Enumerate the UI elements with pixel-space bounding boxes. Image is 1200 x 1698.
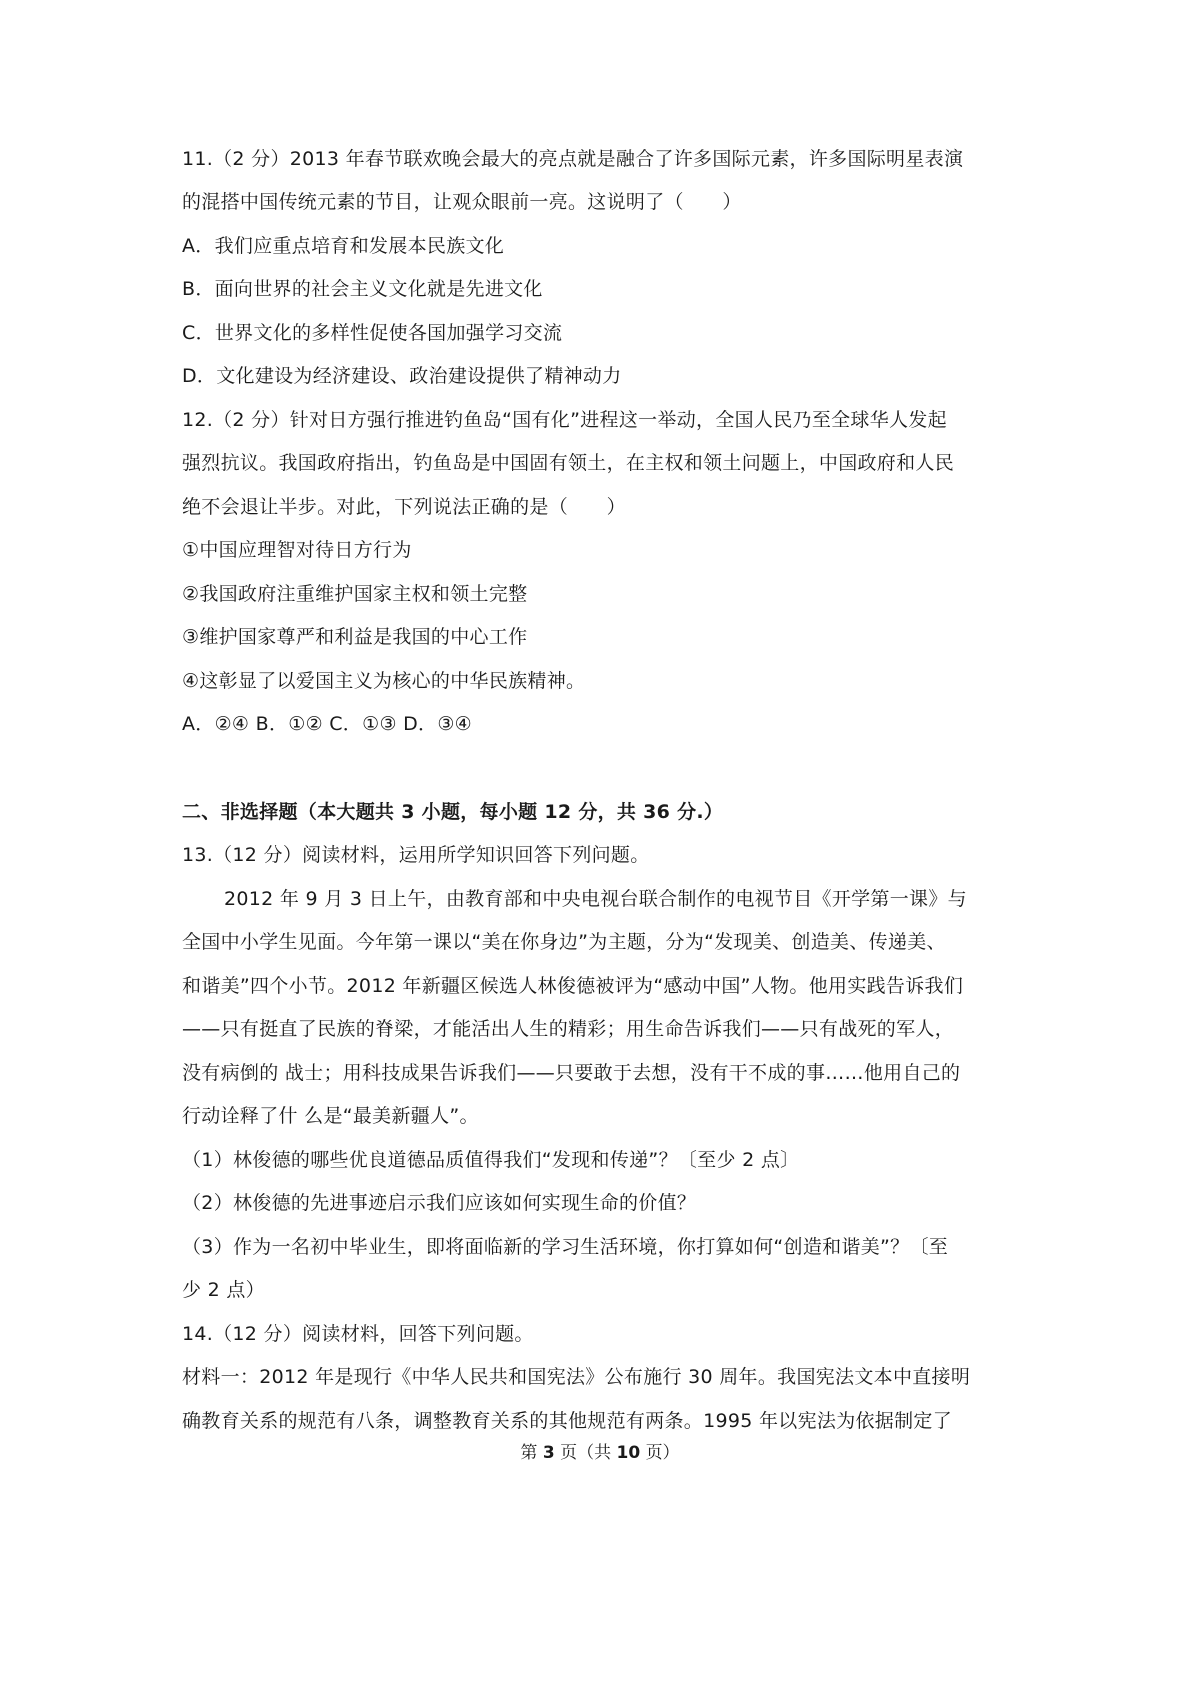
footer-total-pages: 10: [616, 1443, 640, 1463]
q12-stem-line-3: 绝不会退让半步。对此，下列说法正确的是（ ）: [182, 494, 626, 520]
q11-option-b: B．面向世界的社会主义文化就是先进文化: [182, 276, 543, 302]
q11-option-d: D．文化建设为经济建设、政治建设提供了精神动力: [182, 363, 622, 389]
q12-answer-options: A．②④ B．①② C．①③ D．③④: [182, 711, 472, 737]
q12-statement-2: ②我国政府注重维护国家主权和领土完整: [182, 581, 527, 607]
q14-title: 14.（12 分）阅读材料，回答下列问题。: [182, 1321, 534, 1347]
q11-stem-line-1: 11.（2 分）2013 年春节联欢晚会最大的亮点就是融合了许多国际元素，许多国…: [182, 146, 963, 172]
section-heading: 二、非选择题（本大题共 3 小题，每小题 12 分，共 36 分.）: [182, 799, 723, 825]
footer-prefix: 第: [520, 1443, 537, 1463]
q14-material-line-1: 材料一：2012 年是现行《中华人民共和国宪法》公布施行 30 周年。我国宪法文…: [182, 1364, 970, 1390]
q11-stem-line-2: 的混搭中国传统元素的节目，让观众眼前一亮。这说明了（ ）: [182, 189, 742, 215]
q13-sub-question-1: （1）林俊德的哪些优良道德品质值得我们“发现和传递”？〔至少 2 点〕: [182, 1147, 799, 1173]
q13-title: 13.（12 分）阅读材料，运用所学知识回答下列问题。: [182, 842, 650, 868]
q13-sub-question-3: （3）作为一名初中毕业生，即将面临新的学习生活环境，你打算如何“创造和谐美”？〔…: [182, 1234, 948, 1260]
footer-suffix: 页）: [646, 1443, 680, 1463]
q13-material-line-6: 行动诠释了什 么是“最美新疆人”。: [182, 1103, 479, 1129]
footer-page-number: 3: [543, 1443, 555, 1463]
q13-material-line-2: 全国中小学生见面。今年第一课以“美在你身边”为主题，分为“发现美、创造美、传递美…: [182, 929, 946, 955]
exam-page: 11.（2 分）2013 年春节联欢晚会最大的亮点就是融合了许多国际元素，许多国…: [0, 0, 1200, 1698]
q13-material-line-5: 没有病倒的 战士；用科技成果告诉我们——只要敢于去想，没有干不成的事……他用自己…: [182, 1060, 960, 1086]
q13-material-line-4: ——只有挺直了民族的脊梁，才能活出人生的精彩；用生命告诉我们——只有战死的军人，: [182, 1016, 954, 1042]
q12-statement-4: ④这彰显了以爱国主义为核心的中华民族精神。: [182, 668, 585, 694]
q12-statement-3: ③维护国家尊严和利益是我国的中心工作: [182, 624, 527, 650]
q11-option-c: C．世界文化的多样性促使各国加强学习交流: [182, 320, 562, 346]
q11-option-a: A．我们应重点培育和发展本民族文化: [182, 233, 504, 259]
q12-stem-line-1: 12.（2 分）针对日方强行推进钓鱼岛“国有化”进程这一举动，全国人民乃至全球华…: [182, 407, 947, 433]
page-footer: 第 3 页（共 10 页）: [0, 1442, 1200, 1464]
footer-middle: 页（共: [560, 1443, 611, 1463]
q13-sub-question-2: （2）林俊德的先进事迹启示我们应该如何实现生命的价值？: [182, 1190, 696, 1216]
q12-stem-line-2: 强烈抗议。我国政府指出，钓鱼岛是中国固有领土，在主权和领土问题上，中国政府和人民: [182, 450, 954, 476]
q13-material-line-3: 和谐美”四个小节。2012 年新疆区候选人林俊德被评为“感动中国”人物。他用实践…: [182, 973, 963, 999]
q12-statement-1: ①中国应理智对待日方行为: [182, 537, 412, 563]
q13-sub-question-3-cont: 少 2 点）: [182, 1277, 265, 1303]
q13-material-line-1: 2012 年 9 月 3 日上午，由教育部和中央电视台联合制作的电视节目《开学第…: [224, 886, 967, 912]
q14-material-line-2: 确教育关系的规范有八条，调整教育关系的其他规范有两条。1995 年以宪法为依据制…: [182, 1408, 952, 1434]
